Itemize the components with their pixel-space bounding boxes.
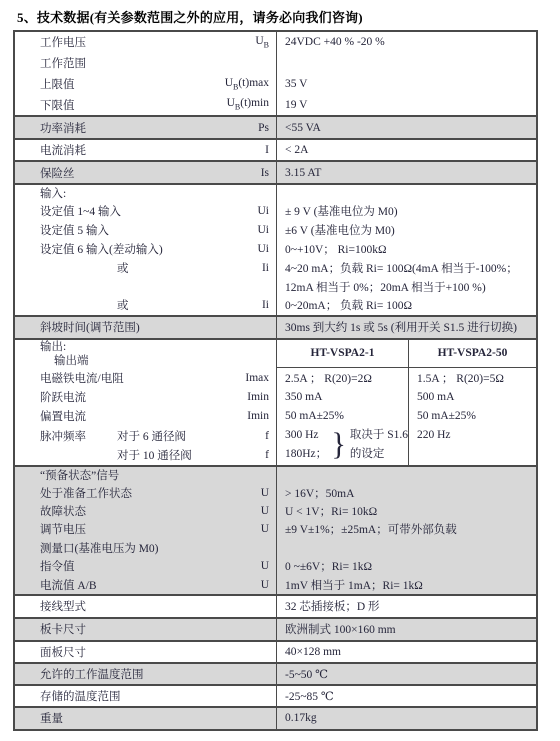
document-page: 5、技术数据(有关参数范围之外的应用，请务必向我们咨询) 工作电压 UB 24V… (0, 0, 560, 741)
label-cell: 或 Ii (15, 258, 277, 277)
row-symbol: Imax (245, 372, 269, 384)
row-value: -25~85 ℃ (285, 689, 334, 703)
value-cell: 0.17kg (277, 708, 536, 729)
row-label: 工作电压 (40, 34, 86, 50)
label-cell: 偏置电流 Imin (15, 407, 277, 426)
value-cell-model1: 300 Hz 180Hz； } 取决于 S1.6 的设定 (277, 426, 409, 465)
model-2-header: HT-VSPA2-50 (409, 340, 536, 367)
row-symbol: U (261, 579, 269, 591)
row-symbol: f (265, 449, 269, 461)
row-label: 允许的工作温度范围 (40, 666, 144, 682)
table-row: 测量口(基准电压为 M0) (15, 539, 536, 557)
table-row: 偏置电流 Imin 50 mA±25% 50 mA±25% (15, 407, 536, 426)
row-value: 0~+10V； Ri=100kΩ (285, 241, 387, 257)
row-label: 输出端 (54, 354, 89, 368)
value-cell: 3.15 AT (277, 162, 536, 183)
table-row: 调节电压 U ±9 V±1%；±25mA；可带外部负载 (15, 520, 536, 538)
row-label: 设定值 6 输入(差动输入) (40, 241, 163, 257)
row-value: 300 Hz (285, 426, 331, 445)
label-cell (15, 277, 277, 296)
table-row: 设定值 1~4 输入 Ui ± 9 V (基准电位为 M0) (15, 202, 536, 221)
table-row: 上限值 UB(t)max 35 V (15, 74, 536, 95)
row-value: 0~20mA； 负载 Ri= 100Ω (285, 297, 412, 313)
value-cell: 35 V (277, 74, 536, 95)
label-cell: 调节电压 U (15, 520, 277, 538)
row-label: 测量口(基准电压为 M0) (40, 540, 159, 556)
row-label: 板卡尺寸 (40, 621, 86, 637)
table-row: 电流值 A/B U 1mV 相当于 1mA；Ri= 1kΩ (15, 576, 536, 594)
table-row: 12mA 相当于 0%；20mA 相当于+100 %) (15, 277, 536, 296)
value-cell: 0 ~±6V；Ri= 1kΩ (277, 557, 536, 575)
row-symbol: Ii (262, 299, 269, 311)
label-cell: 输出: 输出端 (15, 340, 277, 368)
value-cell (277, 185, 536, 202)
row-note: 的设定 (350, 445, 408, 464)
value-cell-model2: 500 mA (409, 387, 536, 406)
label-cell: 下限值 UB(t)min (15, 94, 277, 115)
value-cell: 24VDC +40 % -20 % (277, 32, 536, 53)
row-label: 指令值 (40, 558, 75, 574)
row-symbol: f (265, 430, 269, 442)
label-cell: 处于准备工作状态 U (15, 483, 277, 501)
table-row: 工作范围 (15, 53, 536, 74)
label-cell: 工作电压 UB (15, 32, 277, 53)
label-cell: 指令值 U (15, 557, 277, 575)
row-value: U < 1V；Ri= 10kΩ (285, 503, 377, 519)
label-cell: 面板尺寸 (15, 642, 277, 662)
row-value: 35 V (285, 78, 307, 90)
label-cell: 板卡尺寸 (15, 619, 277, 640)
value-cell-model2: 50 mA±25% (409, 407, 536, 426)
label-cell: 输入: (15, 185, 277, 202)
label-cell: 阶跃电流 Imin (15, 387, 277, 406)
row-label: 电磁铁电流/电阻 (40, 370, 124, 386)
table-row: 工作电压 UB 24VDC +40 % -20 % (15, 32, 536, 53)
label-cell: 设定值 6 输入(差动输入) Ui (15, 240, 277, 259)
row-sublabel: 对于 10 通径阀 (117, 447, 192, 463)
row-label: 下限值 (40, 97, 75, 113)
row-value: 24VDC +40 % -20 % (285, 36, 385, 48)
table-row: 或 Ii 4~20 mA；负载 Ri= 100Ω(4mA 相当于-100%； (15, 258, 536, 277)
row-value: 30ms 到大约 1s 或 5s (利用开关 S1.5 进行切换) (285, 319, 517, 335)
value-cell (277, 539, 536, 557)
row-value: > 16V；50mA (285, 485, 354, 501)
row-note: 取决于 S1.6 (350, 426, 408, 445)
table-row: 故障状态 U U < 1V；Ri= 10kΩ (15, 502, 536, 520)
table-row: 脉冲频率 对于 6 通径阀 f 对于 10 通径阀 f 300 Hz 180Hz… (15, 426, 536, 465)
label-cell: 设定值 1~4 输入 Ui (15, 202, 277, 221)
label-cell: 设定值 5 输入 Ui (15, 221, 277, 240)
row-value: 0 ~±6V；Ri= 1kΩ (285, 558, 372, 574)
row-value: 40×128 mm (285, 646, 341, 658)
table-row: 接线型式 32 芯插接板；D 形 (15, 594, 536, 617)
row-value: 180Hz； (285, 445, 331, 464)
label-cell: 功率消耗 Ps (15, 117, 277, 138)
label-cell: 工作范围 (15, 53, 277, 74)
brace-glyph: } (331, 427, 345, 465)
table-row: 输入: (15, 183, 536, 202)
table-row: 重量 0.17kg (15, 706, 536, 729)
value-cell: 40×128 mm (277, 642, 536, 662)
table-row: 指令值 U 0 ~±6V；Ri= 1kΩ (15, 557, 536, 575)
row-symbol: UB(t)min (227, 97, 269, 111)
model-1-header: HT-VSPA2-1 (277, 340, 409, 367)
value-cell: 1mV 相当于 1mA；Ri= 1kΩ (277, 576, 536, 594)
row-symbol: UB (255, 35, 269, 49)
value-cell-model2: 220 Hz (409, 426, 536, 465)
row-value: 4~20 mA；负载 Ri= 100Ω(4mA 相当于-100%； (285, 260, 518, 276)
value-cell-model2: 1.5A ； R(20)=5Ω (409, 368, 536, 387)
row-value: 12mA 相当于 0%；20mA 相当于+100 %) (285, 279, 486, 295)
row-symbol: U (261, 487, 269, 499)
table-row: 设定值 6 输入(差动输入) Ui 0~+10V； Ri=100kΩ (15, 240, 536, 259)
label-cell: 电流消耗 I (15, 140, 277, 160)
row-label: 保险丝 (40, 165, 75, 181)
label-cell: 电流值 A/B U (15, 576, 277, 594)
table-row: 保险丝 Is 3.15 AT (15, 160, 536, 183)
row-value: 3.15 AT (285, 167, 321, 179)
model-header: HT-VSPA2-1 HT-VSPA2-50 (277, 340, 536, 368)
row-label: 设定值 1~4 输入 (40, 203, 121, 219)
value-cell (277, 53, 536, 74)
label-cell: “预备状态”信号 (15, 467, 277, 483)
table-row: 或 Ii 0~20mA； 负载 Ri= 100Ω (15, 296, 536, 315)
value-cell: ±9 V±1%；±25mA；可带外部负载 (277, 520, 536, 538)
row-label: 电流值 A/B (40, 577, 97, 593)
table-row: 输出: 输出端 HT-VSPA2-1 HT-VSPA2-50 (15, 338, 536, 368)
page-title: 5、技术数据(有关参数范围之外的应用，请务必向我们咨询) (17, 7, 363, 26)
value-cell: -25~85 ℃ (277, 686, 536, 706)
row-symbol: Ii (262, 262, 269, 274)
row-symbol: U (261, 505, 269, 517)
row-label: 重量 (40, 710, 63, 726)
value-cell: < 2A (277, 140, 536, 160)
value-cell-model1: 2.5A ； R(20)=2Ω (277, 368, 409, 387)
row-value: 19 V (285, 99, 307, 111)
label-cell: 存储的温度范围 (15, 686, 277, 706)
table-row: 电磁铁电流/电阻 Imax 2.5A ； R(20)=2Ω 1.5A ； R(2… (15, 368, 536, 387)
row-symbol: Ui (258, 205, 270, 217)
label-cell: 重量 (15, 708, 277, 729)
row-value: 1mV 相当于 1mA；Ri= 1kΩ (285, 577, 423, 593)
label-cell: 脉冲频率 对于 6 通径阀 f 对于 10 通径阀 f (15, 426, 277, 465)
row-label: 输出: (40, 340, 66, 354)
row-label: 接线型式 (40, 598, 86, 614)
value-cell: <55 VA (277, 117, 536, 138)
table-row: 处于准备工作状态 U > 16V；50mA (15, 483, 536, 501)
row-label: 斜坡时间(调节范围) (40, 319, 140, 335)
label-cell: 故障状态 U (15, 502, 277, 520)
spec-table: 工作电压 UB 24VDC +40 % -20 % 工作范围 上限值 UB(t)… (13, 30, 538, 731)
table-row: 允许的工作温度范围 -5~50 ℃ (15, 662, 536, 684)
table-row: 电流消耗 I < 2A (15, 138, 536, 160)
value-cell: > 16V；50mA (277, 483, 536, 501)
row-value: 欧洲制式 100×160 mm (285, 621, 396, 637)
row-label: 阶跃电流 (40, 389, 86, 405)
value-cell: ±6 V (基准电位为 M0) (277, 221, 536, 240)
label-cell: 允许的工作温度范围 (15, 664, 277, 684)
value-cell: 4~20 mA；负载 Ri= 100Ω(4mA 相当于-100%； (277, 258, 536, 277)
label-cell: 电磁铁电流/电阻 Imax (15, 368, 277, 387)
value-cell: 欧洲制式 100×160 mm (277, 619, 536, 640)
label-cell: 测量口(基准电压为 M0) (15, 539, 277, 557)
row-value: ± 9 V (基准电位为 M0) (285, 203, 398, 219)
value-cell: 30ms 到大约 1s 或 5s (利用开关 S1.5 进行切换) (277, 317, 536, 338)
row-value: -5~50 ℃ (285, 667, 328, 681)
table-row: 板卡尺寸 欧洲制式 100×160 mm (15, 617, 536, 640)
row-label: 功率消耗 (40, 120, 86, 136)
row-label: 或 (117, 260, 129, 276)
row-label: 电流消耗 (40, 142, 86, 158)
table-row: 下限值 UB(t)min 19 V (15, 94, 536, 115)
row-label: 设定值 5 输入 (40, 222, 109, 238)
row-label: “预备状态”信号 (40, 467, 119, 483)
row-label: 调节电压 (40, 521, 86, 537)
table-row: 面板尺寸 40×128 mm (15, 640, 536, 662)
label-cell: 或 Ii (15, 296, 277, 315)
row-value: 0.17kg (285, 712, 317, 724)
row-symbol: U (261, 560, 269, 572)
value-cell: 32 芯插接板；D 形 (277, 596, 536, 617)
table-row: 阶跃电流 Imin 350 mA 500 mA (15, 387, 536, 406)
value-cell (277, 467, 536, 483)
value-cell: 19 V (277, 94, 536, 115)
row-label: 面板尺寸 (40, 644, 86, 660)
table-row: 功率消耗 Ps <55 VA (15, 115, 536, 138)
value-cell: U < 1V；Ri= 10kΩ (277, 502, 536, 520)
row-label: 处于准备工作状态 (40, 485, 132, 501)
label-cell: 接线型式 (15, 596, 277, 617)
row-label: 工作范围 (40, 55, 86, 71)
row-label: 上限值 (40, 76, 75, 92)
value-cell: 12mA 相当于 0%；20mA 相当于+100 %) (277, 277, 536, 296)
row-sublabel: 对于 6 通径阀 (117, 428, 186, 444)
value-cell-model1: 50 mA±25% (277, 407, 409, 426)
row-label: 或 (117, 297, 129, 313)
row-label: 偏置电流 (40, 408, 86, 424)
table-row: 设定值 5 输入 Ui ±6 V (基准电位为 M0) (15, 221, 536, 240)
row-value: <55 VA (285, 122, 321, 134)
value-cell: -5~50 ℃ (277, 664, 536, 684)
row-symbol: Ui (258, 224, 270, 236)
table-row: “预备状态”信号 (15, 465, 536, 483)
row-label: 脉冲频率 (40, 428, 117, 444)
value-cell: ± 9 V (基准电位为 M0) (277, 202, 536, 221)
row-symbol: Ui (258, 243, 270, 255)
row-symbol: Ps (258, 122, 269, 134)
value-cell-model1: 350 mA (277, 387, 409, 406)
row-value: 32 芯插接板；D 形 (285, 598, 380, 614)
label-cell: 斜坡时间(调节范围) (15, 317, 277, 338)
table-row: 斜坡时间(调节范围) 30ms 到大约 1s 或 5s (利用开关 S1.5 进… (15, 315, 536, 338)
label-cell: 保险丝 Is (15, 162, 277, 183)
row-symbol: UB(t)max (225, 77, 269, 91)
row-symbol: U (261, 523, 269, 535)
label-cell: 上限值 UB(t)max (15, 74, 277, 95)
table-row: 存储的温度范围 -25~85 ℃ (15, 684, 536, 706)
row-label: 输入: (40, 185, 66, 201)
row-symbol: Is (261, 167, 269, 179)
row-symbol: I (265, 144, 269, 156)
value-cell: 0~20mA； 负载 Ri= 100Ω (277, 296, 536, 315)
row-value: ±9 V±1%；±25mA；可带外部负载 (285, 521, 457, 537)
row-value: < 2A (285, 144, 308, 156)
row-symbol: Imin (247, 410, 269, 422)
row-label: 故障状态 (40, 503, 86, 519)
row-label: 存储的温度范围 (40, 688, 121, 704)
value-cell: 0~+10V； Ri=100kΩ (277, 240, 536, 259)
row-symbol: Imin (247, 391, 269, 403)
row-value: ±6 V (基准电位为 M0) (285, 222, 395, 238)
